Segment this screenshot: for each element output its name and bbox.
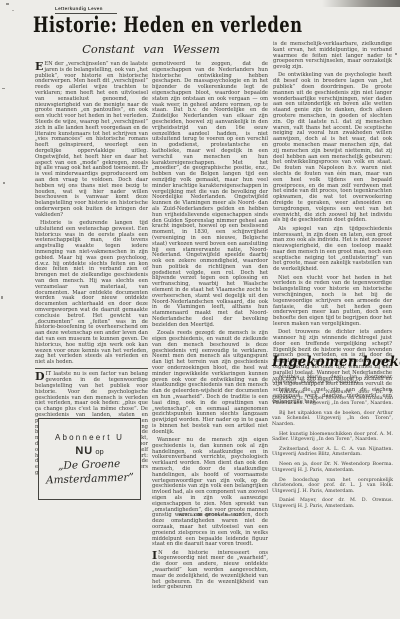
paragraph-text: Niet een vlucht voor het heden in het ve… <box>273 275 392 327</box>
paragraph-text: De ontwikkeling van de psychologie heeft… <box>273 72 392 223</box>
article-paragraph: De ontwikkeling van de psychologie heeft… <box>273 73 392 224</box>
paragraph-text: Historie is gedurende langen tijd uitslu… <box>35 220 148 365</box>
book-entry: Bij het uitpakken van de boeken, door Ar… <box>272 411 393 427</box>
article-byline: Constant van Wessem <box>33 42 269 56</box>
article-paragraph: Niet een vlucht voor het heden in het ve… <box>273 276 392 328</box>
scan-smudge <box>322 0 400 7</box>
book-entry: Het kunstig bloemenschikken door prof. A… <box>272 432 393 443</box>
dropcap: E <box>35 62 44 71</box>
column-1: EEN der „verschijnselen” van de laatste … <box>35 62 148 415</box>
article-paragraph: gemotiveerd te zeggen, dat de eigenschap… <box>152 62 268 329</box>
article-paragraph: is de menschelijk-verklaarbare, zielkund… <box>273 42 392 71</box>
newspaper-page: Letterkundig Leven Historie: Heden en ve… <box>0 0 400 619</box>
article-paragraph: Als spiegel van zijn tijdgeschiedenis in… <box>273 227 392 273</box>
article-paragraph: EEN der „verschijnselen” van de laatste … <box>35 62 148 219</box>
scan-speck <box>395 53 397 55</box>
paragraph-text: EN der „verschijnselen” van de laatste j… <box>35 61 148 218</box>
book-entry: Daniel Mayer, door dr. M. D. Oremus. Uit… <box>272 498 393 509</box>
ad-publication-name-line1: „De Groene <box>58 459 121 472</box>
page-footer: PAG. 11 DE GROENE No. 320 <box>152 512 268 517</box>
scan-speck <box>3 182 5 184</box>
ingekomen-boeken-section: Ingekomen boeken Matthijs Maris, door Ja… <box>272 354 393 514</box>
scan-speck <box>12 10 14 11</box>
article-paragraph: Zooals reeds gezegd: de mensch is zijn e… <box>152 331 268 435</box>
subscribe-ad: Abonneert U NU op „De Groene Amsterdamme… <box>38 418 141 500</box>
column-rule <box>35 368 148 369</box>
section-title: Ingekomen boeken <box>272 354 387 370</box>
paragraph-text: Wanneer nu de mensch zijn eigen geschied… <box>152 437 268 547</box>
ad-nu: NU <box>75 445 93 457</box>
ad-line-nu-op: NU op <box>75 445 103 457</box>
article-paragraph: Wanneer nu de mensch zijn eigen geschied… <box>152 438 268 548</box>
paragraph-text: Als spiegel van zijn tijdgeschiedenis in… <box>273 226 392 273</box>
dropcap: D <box>35 372 46 381</box>
paragraph-text: N de historie interesseert ons tegenwoor… <box>152 550 268 591</box>
book-entry: Matthijs Maris, door Jan Poortenaar. Uit… <box>272 375 393 386</box>
article-paragraph: IN de historie interesseert ons tegenwoo… <box>152 551 268 592</box>
article-headline: Historie: Heden en verleden <box>33 12 302 37</box>
ad-line-abonneert: Abonneert U <box>55 433 124 442</box>
paragraph-text: Zooals reeds gezegd: de mensch is zijn e… <box>152 330 268 435</box>
book-entry: De boodschap van het oorspronkelijk chri… <box>272 478 393 494</box>
paragraph-text: gemotiveerd te zeggen, dat de eigenschap… <box>152 61 268 328</box>
ad-op: op <box>95 447 103 456</box>
book-entry: Wilhelmus van Nassouwe, door Dr. P. Leen… <box>272 390 393 406</box>
scan-speck <box>1 296 3 299</box>
column-3: is de menschelijk-verklaarbare, zielkund… <box>273 42 392 354</box>
column-2: gemotiveerd te zeggen, dat de eigenschap… <box>152 62 268 508</box>
scan-speck <box>2 88 5 89</box>
scan-speck <box>6 3 9 5</box>
paragraph-text: is de menschelijk-verklaarbare, zielkund… <box>273 41 392 70</box>
ad-publication-name-line2: Amsterdammer” <box>45 472 133 486</box>
book-entry: Neen en ja, door Dr. N. Westendorp Boerm… <box>272 462 393 473</box>
book-entry: Zwitserland, door A. L. C. A. van Nijnat… <box>272 447 393 458</box>
article-paragraph: Historie is gedurende langen tijd uitslu… <box>35 221 148 366</box>
